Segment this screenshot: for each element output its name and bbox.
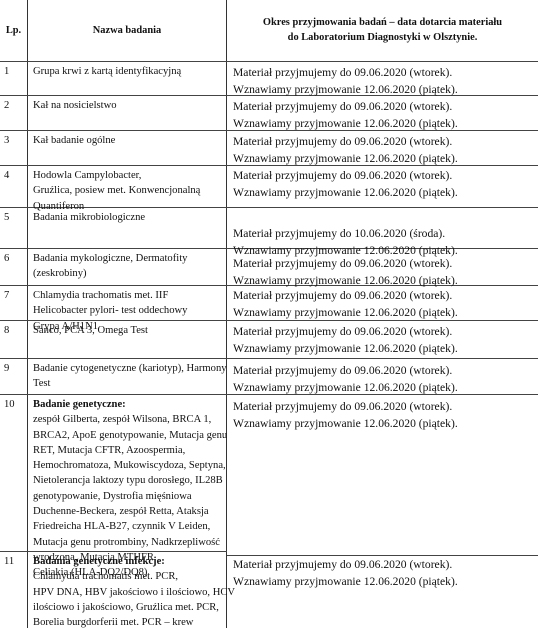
test-name-line: Badania mykologiczne, Dermatofity [33,251,225,266]
row-number: 1 [4,64,24,79]
acceptance-period-line: Materiał przyjmujemy do 09.06.2020 (wtor… [233,288,533,305]
row-number: 4 [4,168,24,183]
test-name-line: Badania mikrobiologiczne [33,210,225,225]
acceptance-period-line: Wznawiamy przyjmowanie 12.06.2020 (piąte… [233,574,533,591]
row-number: 9 [4,361,24,376]
acceptance-period-line: Materiał przyjmujemy do 09.06.2020 (wtor… [233,256,533,273]
acceptance-period-line: Wznawiamy przyjmowanie 12.06.2020 (piąte… [233,82,533,99]
acceptance-period: Materiał przyjmujemy do 09.06.2020 (wtor… [233,557,533,590]
test-name-line: Gruźlica, posiew met. Konwencjonalną [33,183,225,198]
test-name-line: Duchenne-Beckera, zespół Retta, Ataksja [33,504,225,519]
test-name-line: Grupa krwi z kartą identyfikacyjną [33,64,225,79]
header-period: Okres przyjmowania badań – data dotarcia… [227,15,538,45]
row-divider [0,358,538,359]
test-name: Kał badanie ogólne [33,133,225,148]
acceptance-period-line: Materiał przyjmujemy do 09.06.2020 (wtor… [233,99,533,116]
acceptance-period-line: Materiał przyjmujemy do 09.06.2020 (wtor… [233,324,533,341]
test-name: Badania mikrobiologiczne [33,210,225,225]
acceptance-period-line: Wznawiamy przyjmowanie 12.06.2020 (piąte… [233,273,533,290]
acceptance-period-line: Wznawiamy przyjmowanie 12.06.2020 (piąte… [233,341,533,358]
acceptance-period-line: Wznawiamy przyjmowanie 12.06.2020 (piąte… [233,185,533,202]
test-name-line: Chlamydia trachomatis met. IIF [33,288,225,303]
row-number: 10 [4,397,24,412]
test-name: Grupa krwi z kartą identyfikacyjną [33,64,225,79]
test-name-line: Test [33,376,225,391]
test-name-line: ilościowo i jakościowo, Gruźlica met. PC… [33,600,225,615]
test-name-line: Helicobacter pylori- test oddechowy [33,303,225,318]
test-name: Badanie cytogenetyczne (kariotyp), Harmo… [33,361,225,392]
acceptance-period-line: Materiał przyjmujemy do 09.06.2020 (wtor… [233,557,533,574]
acceptance-period-line: Wznawiamy przyjmowanie 12.06.2020 (piąte… [233,380,533,397]
test-name-line: genotypowanie, Dystrofia mięśniowa [33,489,225,504]
test-name: Kał na nosicielstwo [33,98,225,113]
test-name-line: BRCA2, ApoE genotypowanie, Mutacja genu [33,428,225,443]
test-name-line: Mutacja genu protrombiny, Nadkrzepliwość [33,535,225,550]
header-name: Nazwa badania [28,23,226,38]
test-name-line: Sanco, PCA 3, Omega Test [33,323,225,338]
acceptance-period: Materiał przyjmujemy do 09.06.2020 (wtor… [233,288,533,321]
acceptance-period-line: Materiał przyjmujemy do 09.06.2020 (wtor… [233,134,533,151]
acceptance-period: Materiał przyjmujemy do 09.06.2020 (wtor… [233,399,533,432]
header-period-line2: do Laboratorium Diagnostyki w Olsztynie. [227,30,538,45]
row-number: 7 [4,288,24,303]
row-number: 5 [4,210,24,225]
test-name-line: Nietolerancja laktozy typu dorosłego, IL… [33,473,225,488]
test-name-line: Kał badanie ogólne [33,133,225,148]
header-period-line1: Okres przyjmowania badań – data dotarcia… [227,15,538,30]
acceptance-period-line: Materiał przyjmujemy do 09.06.2020 (wtor… [233,65,533,82]
test-name-line: (zeskrobiny) [33,266,225,281]
row-number: 11 [4,554,24,569]
test-group-title: Badanie genetyczne: [33,397,225,412]
test-name: Badania mykologiczne, Dermatofity(zeskro… [33,251,225,282]
test-name-line: Hodowla Campylobacter, [33,168,225,183]
test-name: Badania genetyczne infekcje:Chlamydia tr… [33,554,225,628]
test-name-line: Friedreicha HLA-B27, czynnik V Leiden, [33,519,225,534]
acceptance-period: Materiał przyjmujemy do 09.06.2020 (wtor… [233,363,533,396]
test-name-line: RET, Mutacja CFTR, Azoospermia, [33,443,225,458]
test-name-line: Chlamydia trachomatis met. PCR, [33,569,225,584]
row-number: 2 [4,98,24,113]
test-name-line: Badanie cytogenetyczne (kariotyp), Harmo… [33,361,225,376]
acceptance-period-line: Wznawiamy przyjmowanie 12.06.2020 (piąte… [233,116,533,133]
test-name-line: Hemochromatoza, Mukowiscydoza, Septyna, [33,458,225,473]
acceptance-period-line: Materiał przyjmujemy do 09.06.2020 (wtor… [233,363,533,380]
row-number: 6 [4,251,24,266]
acceptance-period: Materiał przyjmujemy do 09.06.2020 (wtor… [233,168,533,201]
acceptance-period: Materiał przyjmujemy do 09.06.2020 (wtor… [233,99,533,132]
row-number: 8 [4,323,24,338]
test-group-title: Badania genetyczne infekcje: [33,554,225,569]
test-name-line: zespół Gilberta, zespół Wilsona, BRCA 1, [33,412,225,427]
acceptance-period-line: Wznawiamy przyjmowanie 12.06.2020 (piąte… [233,305,533,322]
test-name: Sanco, PCA 3, Omega Test [33,323,225,338]
acceptance-period: Materiał przyjmujemy do 09.06.2020 (wtor… [233,134,533,167]
test-name-line: HPV DNA, HBV jakościowo i ilościowo, HCV [33,585,225,600]
acceptance-period: Materiał przyjmujemy do 09.06.2020 (wtor… [233,324,533,357]
row-divider [0,61,538,62]
acceptance-period-line: Materiał przyjmujemy do 09.06.2020 (wtor… [233,168,533,185]
acceptance-period: Materiał przyjmujemy do 09.06.2020 (wtor… [233,256,533,289]
test-name-line: Kał na nosicielstwo [33,98,225,113]
acceptance-period-line: Materiał przyjmujemy do 09.06.2020 (wtor… [233,399,533,416]
acceptance-period-line: Materiał przyjmujemy do 10.06.2020 (środ… [233,226,533,243]
acceptance-period-line: Wznawiamy przyjmowanie 12.06.2020 (piąte… [233,151,533,168]
row-divider [227,555,538,556]
header-lp: Lp. [0,23,27,38]
acceptance-period-line: Wznawiamy przyjmowanie 12.06.2020 (piąte… [233,416,533,433]
test-name: Hodowla Campylobacter,Gruźlica, posiew m… [33,168,225,214]
acceptance-period: Materiał przyjmujemy do 10.06.2020 (środ… [233,226,533,259]
row-number: 3 [4,133,24,148]
test-name-line: Borelia burgdorferii met. PCR – krew [33,615,225,628]
acceptance-period: Materiał przyjmujemy do 09.06.2020 (wtor… [233,65,533,98]
